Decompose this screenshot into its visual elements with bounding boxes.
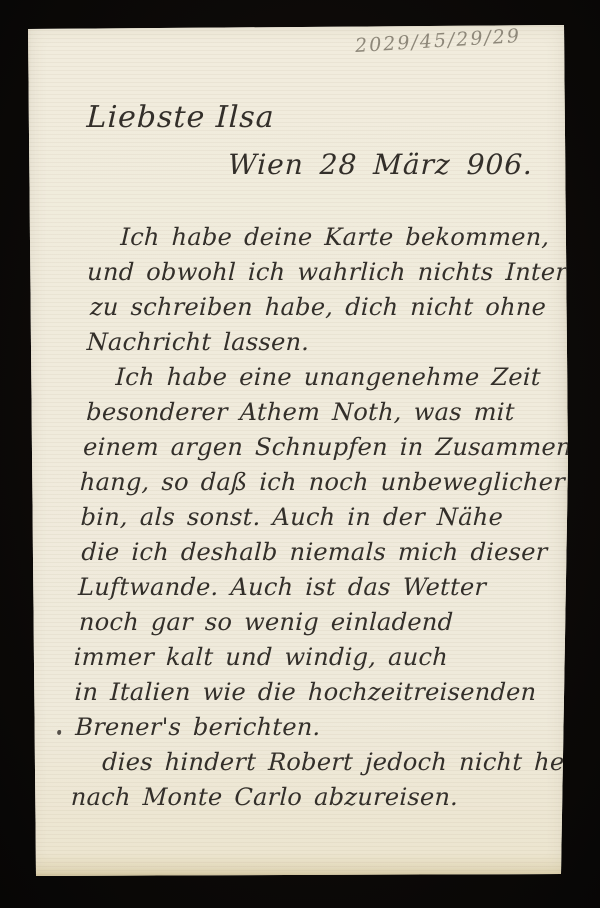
ink-dot xyxy=(57,730,61,735)
body-line: immer kalt und windig, auch xyxy=(73,640,546,675)
body-line: Luftwande. Auch ist das Wetter xyxy=(78,570,549,605)
body-line: nach Monte Carlo abzureisen. xyxy=(70,780,541,815)
body-line: und obwohl ich wahrlich nichts Interessa… xyxy=(87,255,560,290)
body-line: in Italien wie die hochzeitreisenden xyxy=(74,675,545,710)
body-line: Brener's berichten. xyxy=(75,710,544,745)
greeting-line: Liebste Ilsa xyxy=(86,100,275,135)
body-line: bin, als sonst. Auch in der Nähe xyxy=(80,500,551,535)
body-line: Nachricht lassen. xyxy=(86,325,557,360)
body-line: noch gar so wenig einladend xyxy=(78,605,547,640)
body-line: hang, so daß ich noch unbeweglicher xyxy=(79,465,552,500)
body-line: Ich habe deine Karte bekommen, xyxy=(120,220,561,255)
body-line: Ich habe eine unangenehme Zeit xyxy=(115,360,556,395)
body-line: einem argen Schnupfen in Zusammen- xyxy=(82,430,553,465)
letter-paper: 2029/45/29/29 Liebste Ilsa Wien 28 März … xyxy=(25,22,568,878)
body-line: besonderer Athem Noth, was mit xyxy=(86,395,555,430)
dateline: Wien 28 März 906. xyxy=(227,148,533,181)
body-line: dies hindert Robert jedoch nicht heute xyxy=(101,745,542,780)
body-line: die ich deshalb niemals mich dieser xyxy=(81,535,550,570)
photo-background: 2029/45/29/29 Liebste Ilsa Wien 28 März … xyxy=(0,0,600,908)
letter-body: Ich habe deine Karte bekommen, und obwoh… xyxy=(70,220,561,815)
handwritten-letter: Liebste Ilsa Wien 28 März 906. Ich habe … xyxy=(10,22,583,878)
body-line: zu schreiben habe, dich nicht ohne xyxy=(89,290,558,325)
